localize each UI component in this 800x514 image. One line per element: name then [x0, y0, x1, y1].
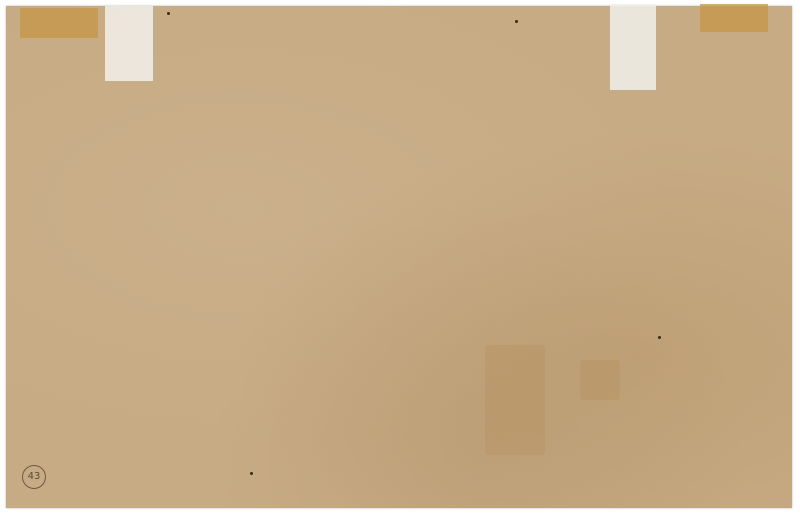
tape-strip-top-right	[700, 4, 768, 32]
paper-speck	[658, 336, 661, 339]
kraft-paper-sheet	[6, 6, 792, 508]
paper-speck	[515, 20, 518, 23]
paper-speck	[250, 472, 253, 475]
tape-strip-top-left	[20, 8, 98, 38]
paper-stain	[580, 360, 620, 400]
paper-speck	[167, 12, 170, 15]
tape-strip-left	[105, 6, 153, 81]
catalog-number-stamp: 43	[22, 465, 46, 489]
tape-strip-right	[610, 4, 656, 90]
paper-stain	[485, 345, 545, 455]
photo-canvas: 43	[0, 0, 800, 514]
